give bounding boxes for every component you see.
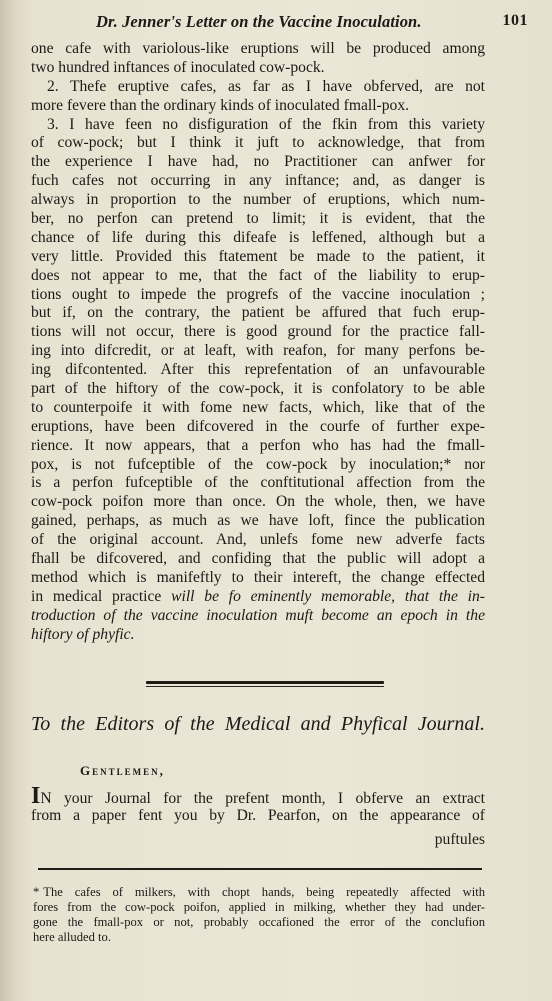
section-divider (146, 681, 384, 687)
main-text-block: one cafe with variolous-like eruptions w… (31, 40, 485, 645)
footnote-mark: * (33, 885, 39, 899)
text-line: ber, no perfon can pretend to limit; it … (31, 210, 485, 229)
text-line: fuch cafes not occurring in any inftance… (31, 172, 485, 191)
text-line: fhall be difcovered, and confiding that … (31, 550, 485, 569)
text-line: two hundred inftances of inoculated cow-… (31, 59, 485, 78)
letter-body: IN your Journal for the prefent month, I… (31, 787, 485, 825)
text-line: of cow-pock; but I think it juft to ackn… (31, 134, 485, 153)
running-head: Dr. Jenner's Letter on the Vaccine Inocu… (96, 12, 528, 36)
letter-line: from a paper fent you by Dr. Pearfon, on… (31, 806, 485, 825)
running-title: Dr. Jenner's Letter on the Vaccine Inocu… (96, 12, 422, 32)
text-line: ing difcontented. After this reprefentat… (31, 361, 485, 380)
book-page: Dr. Jenner's Letter on the Vaccine Inocu… (0, 0, 552, 1001)
footnote-line: here alluded to. (33, 930, 485, 945)
text-line: very little. Provided this ftatement be … (31, 248, 485, 267)
salutation: Gentlemen, (80, 763, 165, 779)
text-line: but if, on the contrary, the patient be … (31, 304, 485, 323)
text-line: chance of life during this difeafe is le… (31, 229, 485, 248)
text-line: rience. It now appears, that a perfon wh… (31, 437, 485, 456)
roman-text: in medical practice (31, 588, 171, 605)
catchword: puftules (435, 831, 485, 849)
text-line: the experience I have had, no Practition… (31, 153, 485, 172)
footnote-line: fores from the cow-pock poifon, applied … (33, 900, 485, 915)
text-line: does not appear to me, that the fact of … (31, 267, 485, 286)
divider-thin-rule (146, 686, 384, 687)
text-line: more fevere than the ordinary kinds of i… (31, 97, 485, 116)
text-line: eruptions, have been difcovered in the c… (31, 418, 485, 437)
page-number: 101 (503, 12, 529, 30)
text-line: 3. I have feen no disfiguration of the f… (31, 116, 485, 135)
text-line: 2. Thefe eruptive cafes, as far as I hav… (31, 78, 485, 97)
divider-thick-rule (146, 681, 384, 684)
text-line: to counterpoife it with fome new facts, … (31, 399, 485, 418)
text-line: pox, is not fufceptible of the cow-pock … (31, 456, 485, 475)
text-line: part of the hiftory of the cow-pock, it … (31, 380, 485, 399)
text-line: always in proportion to the number of er… (31, 191, 485, 210)
text-line: ing into difcredit, or at leaft, with re… (31, 342, 485, 361)
text-line: tions will not occur, there is good grou… (31, 323, 485, 342)
text-line-mixed: in medical practice will be fo eminently… (31, 588, 485, 607)
text-line: tions ought to impede the progrefs of th… (31, 286, 485, 305)
text-line: method which is manifeftly to their inte… (31, 569, 485, 588)
text-line-italic: hiftory of phyfic. (31, 626, 485, 645)
text-line: is a perfon fufceptible of the conftitut… (31, 474, 485, 493)
text-line: of the original account. And, unlefs fom… (31, 531, 485, 550)
footnote-line: gone the fmall-pox or not, probably occa… (33, 915, 485, 930)
text-line: cow-pock poifon more than once. On the w… (31, 493, 485, 512)
text-line: one cafe with variolous-like eruptions w… (31, 40, 485, 59)
letter-line-rest: N your Journal for the prefent month, I … (40, 790, 485, 807)
text-line: gained, perhaps, as much as we have loft… (31, 512, 485, 531)
text-line-italic: troduction of the vaccine inoculation mu… (31, 607, 485, 626)
footnote-text: The cafes of milkers, with chopt hands, … (43, 885, 485, 899)
footnote-line: *The cafes of milkers, with chopt hands,… (33, 885, 485, 900)
footnote: *The cafes of milkers, with chopt hands,… (33, 885, 485, 945)
footnote-divider (38, 868, 482, 870)
letter-heading: To the Editors of the Medical and Phyfic… (31, 713, 485, 736)
italic-text: will be fo eminently memorable, that the… (171, 588, 485, 605)
letter-line: IN your Journal for the prefent month, I… (31, 787, 485, 806)
